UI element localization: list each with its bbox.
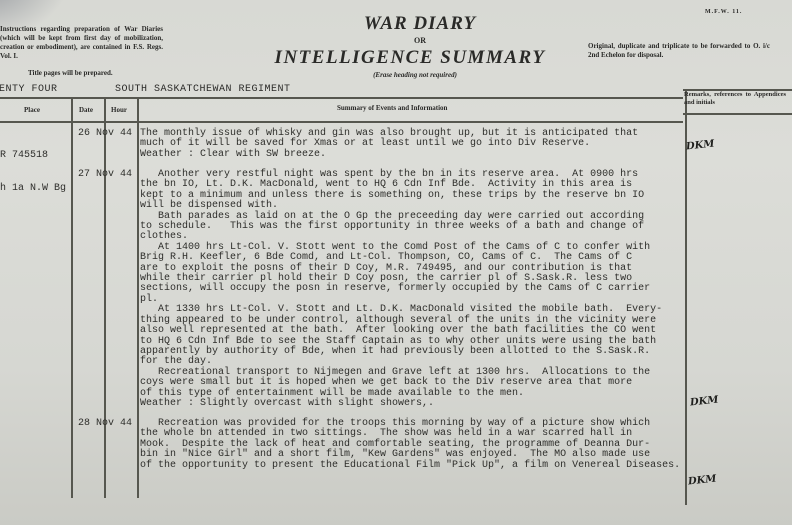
table-top-rule bbox=[0, 97, 683, 99]
entry-2-summary: Another very restful night was spent by … bbox=[140, 170, 685, 409]
title-pages-note: Title pages will be prepared. bbox=[28, 69, 113, 77]
entry-3-summary: Recreation was provided for the troops t… bbox=[140, 419, 685, 471]
column-header-remarks: Remarks, references to Appendices and in… bbox=[684, 91, 786, 107]
entry-3-date: 28 Nov 44 bbox=[78, 419, 132, 429]
unit-name: SOUTH SASKATCHEWAN REGIMENT bbox=[115, 84, 291, 95]
entry-1-initials: DKM bbox=[686, 139, 715, 153]
document-title-block: WAR DIARY OR INTELLIGENCE SUMMARY (Erase… bbox=[260, 13, 560, 81]
formation-name: TWENTY FOUR bbox=[0, 84, 58, 95]
map-sheet: Sh 1a N.W Bg bbox=[0, 183, 66, 194]
document-title: WAR DIARY bbox=[280, 13, 560, 35]
hour-summary-divider bbox=[137, 98, 139, 498]
header-bottom-rule bbox=[0, 121, 683, 123]
form-code: M.F.W. 11. bbox=[705, 9, 742, 15]
title-note: (Erase heading not required) bbox=[270, 69, 560, 81]
entry-2-initials: DKM bbox=[690, 395, 719, 409]
entry-3-initials: DKM bbox=[688, 474, 717, 488]
map-reference: MR 745518 bbox=[0, 150, 66, 161]
column-header-place: Place bbox=[24, 106, 40, 114]
remarks-header-bottom-rule bbox=[683, 113, 792, 115]
entry-1-summary: The monthly issue of whisky and gin was … bbox=[140, 129, 685, 160]
document-subtitle: INTELLIGENCE SUMMARY bbox=[260, 47, 560, 69]
date-hour-divider bbox=[104, 98, 106, 498]
instructions-note: Instructions regarding preparation of Wa… bbox=[0, 25, 163, 61]
column-header-summary: Summary of Events and Information bbox=[337, 104, 447, 112]
place-date-divider bbox=[71, 98, 73, 498]
title-connector: OR bbox=[280, 35, 560, 47]
column-header-hour: Hour bbox=[111, 106, 127, 114]
column-header-date: Date bbox=[79, 106, 93, 114]
entry-2-date: 27 Nov 44 bbox=[78, 170, 132, 180]
war-diary-page: Instructions regarding preparation of Wa… bbox=[0, 0, 792, 525]
distribution-note: Original, duplicate and triplicate to be… bbox=[588, 42, 770, 60]
entry-1-date: 26 Nov 44 bbox=[78, 129, 132, 139]
entry-1-place: MR 745518 Sh 1a N.W Bg bbox=[0, 128, 66, 216]
